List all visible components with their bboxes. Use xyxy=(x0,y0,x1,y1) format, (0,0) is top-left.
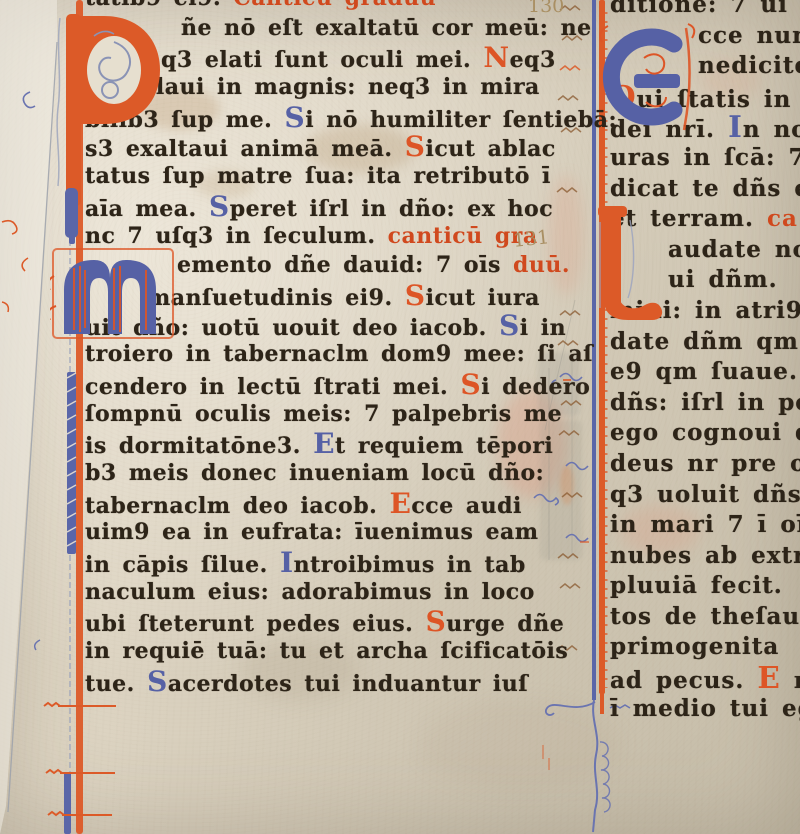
text-line: uras in ſcā: 7 b xyxy=(610,143,800,174)
body-text: aīa mea. xyxy=(85,196,209,222)
body-text: ui dñm. xyxy=(668,266,778,293)
lombard-initial: S xyxy=(499,309,520,342)
text-line: dei nrī. In no xyxy=(610,112,800,143)
body-text: s3 exaltaui animā meā. xyxy=(85,136,405,162)
text-line: nubes ab extre xyxy=(610,541,800,572)
body-text: cendero in lectū ſtrati mei. xyxy=(85,374,460,400)
text-line: e9 qm ſuaue. xyxy=(610,357,800,388)
body-text: ñe nō eſt exaltatū cor meū: ne xyxy=(181,15,592,41)
body-text: icut ablac xyxy=(426,136,556,162)
lombard-initial: S xyxy=(284,101,305,134)
body-text: in requiē tuā: tu et archa ſcificatōis xyxy=(85,638,568,664)
lombard-initial: E xyxy=(389,487,411,520)
body-text: eq3 xyxy=(510,47,556,73)
body-text: uras in ſcā: 7 b xyxy=(610,144,800,171)
lombard-initial: S xyxy=(425,605,446,638)
body-text: uit dño: uotū uouit deo iacob. xyxy=(85,315,499,341)
text-line: s3 exaltaui animā meā. Sicut ablac xyxy=(85,132,585,162)
stain xyxy=(420,700,620,790)
text-line: date dñm qm b xyxy=(610,327,800,358)
text-line: tue. Sacerdotes tui induantur iuſ xyxy=(85,667,585,697)
text-line: in mari 7 ī oī xyxy=(610,510,800,541)
text-line: nc 7 uſq3 in ſeculum. canticū gra xyxy=(85,222,585,252)
text-line: primogenita xyxy=(610,632,800,663)
text-line: uit dño: uotū uouit deo iacob. Si in xyxy=(85,311,585,341)
text-line: nedicite xyxy=(610,51,800,82)
body-text: peret iſrl in dño: ex hoc xyxy=(230,196,553,222)
rubric-text: canticū gra xyxy=(388,223,538,249)
lombard-initial: S xyxy=(147,665,168,698)
body-text: ui ſtatis in do xyxy=(637,86,800,113)
text-line: cendero in lectū ſtrati mei. Si dedero xyxy=(85,370,585,400)
text-line: manſuetudinis ei9. Sicut iura xyxy=(85,281,585,311)
body-text: tue. xyxy=(85,671,147,697)
body-text: in cāpis ſilue. xyxy=(85,552,280,578)
body-text: ad pecus. xyxy=(610,667,757,694)
body-text: m xyxy=(781,667,800,694)
text-line: Qui ſtatis in do xyxy=(610,82,800,113)
text-line: in cāpis ſilue. Introibimus in tab xyxy=(85,548,585,578)
body-text: dñs: iſrl in po xyxy=(610,389,800,416)
lombard-initial: Q xyxy=(610,79,637,114)
body-text: cce audi xyxy=(411,493,521,519)
body-text: pluuiā fecit. xyxy=(610,572,783,599)
body-text: i nō humiliter ſentiebā: xyxy=(305,107,617,133)
body-text: tabernaclm deo iacob. xyxy=(85,493,389,519)
body-text: naculum eius: adorabimus in loco xyxy=(85,579,535,605)
lombard-initial: I xyxy=(280,546,294,579)
text-line: ī medio tui eg xyxy=(610,694,800,725)
text-line: aīa mea. Speret iſrl in dño: ex hoc xyxy=(85,192,585,222)
right-text-column: ditionē: 7 uicce nuncnediciteQui ſtatis … xyxy=(610,0,800,724)
body-text: e9 qm ſuaue. xyxy=(610,358,798,385)
text-line: emento dñe dauid: 7 oīs duū. xyxy=(85,251,585,281)
body-text: deus nr pre oī xyxy=(610,450,800,477)
text-line: ambulaui in magnis: neq3 in mira xyxy=(85,73,585,103)
lombard-initial: N xyxy=(483,41,509,74)
text-line: is dormitatōne3. Et requiem tēpori xyxy=(85,429,585,459)
body-text: cce nunc xyxy=(698,22,800,49)
body-text: mini: in atri9 xyxy=(610,297,800,324)
text-line: audate no xyxy=(610,235,800,266)
text-line: ad pecus. E m xyxy=(610,663,800,694)
body-text: in mari 7 ī oī xyxy=(610,511,800,538)
text-line: mini: in atri9 xyxy=(610,296,800,327)
text-line: ſompnū oculis meis: 7 palpebris me xyxy=(85,400,585,430)
text-line: dicat te dñs ex xyxy=(610,174,800,205)
manuscript-page: tatib9 ei9. Canticū graduūñe nō eſt exal… xyxy=(0,0,800,834)
text-line: ubi ſteterunt pedes eius. Surge dñe xyxy=(85,607,585,637)
body-text: ī medio tui eg xyxy=(610,695,800,722)
text-line: ditionē: 7 ui xyxy=(610,0,800,21)
lombard-initial: S xyxy=(405,279,426,312)
text-line: et terram. ca xyxy=(610,204,800,235)
body-text: ego cognoui q xyxy=(610,419,800,446)
body-text: bilib3 ſup me. xyxy=(85,107,284,133)
body-text: dicat te dñs ex xyxy=(610,175,800,202)
body-text: n no xyxy=(743,116,800,143)
text-line: deus nr pre oī xyxy=(610,449,800,480)
body-text: tos de theſau xyxy=(610,603,800,630)
text-line: ui dñm. xyxy=(610,265,800,296)
rubric-text: ca xyxy=(767,205,798,232)
lombard-initial: S xyxy=(460,368,481,401)
body-text: ambulaui in magnis: neq3 in mira xyxy=(85,74,540,100)
body-text: ſompnū oculis meis: 7 palpebris me xyxy=(85,401,562,427)
text-line: troiero in tabernaclm dom9 mee: ſi aſ xyxy=(85,340,585,370)
body-text: t requiem tēpori xyxy=(335,433,553,459)
body-text: et terram. xyxy=(610,205,767,232)
text-line: cce nunc xyxy=(610,21,800,52)
body-text: audate no xyxy=(668,236,800,263)
body-text: nubes ab extre xyxy=(610,542,800,569)
body-text: dei nrī. xyxy=(610,116,728,143)
body-text: q3 elati ſunt oculi mei. xyxy=(161,47,483,73)
body-text: uim9 ea in eufrata: īuenimus eam xyxy=(85,519,539,545)
body-text: icut iura xyxy=(426,285,540,311)
body-text: nedicite xyxy=(698,52,800,79)
body-text: date dñm qm b xyxy=(610,328,800,355)
text-line: pluuiā fecit. xyxy=(610,571,800,602)
text-line: q3 uoluit dñs xyxy=(610,480,800,511)
lombard-initial: S xyxy=(209,190,230,223)
body-text: is dormitatōne3. xyxy=(85,433,313,459)
text-line: q3 elati ſunt oculi mei. Neq3 xyxy=(85,43,585,73)
body-text: ditionē: 7 ui xyxy=(610,0,788,18)
lombard-initial: I xyxy=(728,109,743,144)
body-text: manſuetudinis ei9. xyxy=(147,285,405,311)
text-line: tatib9 ei9. Canticū graduū xyxy=(85,0,585,14)
rubric-text: Canticū graduū xyxy=(233,0,436,11)
text-line: dñs: iſrl in po xyxy=(610,388,800,419)
body-text: emento dñe dauid: 7 oīs xyxy=(177,252,513,278)
text-line: tabernaclm deo iacob. Ecce audi xyxy=(85,489,585,519)
body-text: q3 uoluit dñs xyxy=(610,481,800,508)
left-text-column: tatib9 ei9. Canticū graduūñe nō eſt exal… xyxy=(85,0,585,697)
text-line: b3 meis donec inueniam locū dño: xyxy=(85,459,585,489)
body-text: i dedero xyxy=(481,374,590,400)
body-text: tatib9 ei9. xyxy=(85,0,233,11)
text-line: tos de theſau xyxy=(610,602,800,633)
body-text: b3 meis donec inueniam locū dño: xyxy=(85,460,544,486)
body-text: nc 7 uſq3 in ſeculum. xyxy=(85,223,388,249)
text-line: bilib3 ſup me. Si nō humiliter ſentiebā: xyxy=(85,103,585,133)
lombard-initial: E xyxy=(313,427,335,460)
text-line: ego cognoui q xyxy=(610,418,800,449)
body-text: acerdotes tui induantur iuſ xyxy=(168,671,528,697)
lombard-initial: E xyxy=(757,660,780,695)
body-text: ntroibimus in tab xyxy=(294,552,526,578)
body-text: tatus ſup matre ſua: ita retributō ī xyxy=(85,163,551,189)
body-text: troiero in tabernaclm dom9 mee: ſi aſ xyxy=(85,341,593,367)
text-line: tatus ſup matre ſua: ita retributō ī xyxy=(85,162,585,192)
body-text: primogenita xyxy=(610,633,779,660)
body-text: urge dñe xyxy=(446,611,564,637)
text-line: naculum eius: adorabimus in loco xyxy=(85,578,585,608)
text-line: in requiē tuā: tu et archa ſcificatōis xyxy=(85,637,585,667)
body-text: ubi ſteterunt pedes eius. xyxy=(85,611,425,637)
lombard-initial: S xyxy=(405,130,426,163)
rubric-text: duū. xyxy=(513,252,570,278)
body-text: i in xyxy=(520,315,566,341)
text-line: uim9 ea in eufrata: īuenimus eam xyxy=(85,518,585,548)
text-line: ñe nō eſt exaltatū cor meū: ne xyxy=(85,14,585,44)
